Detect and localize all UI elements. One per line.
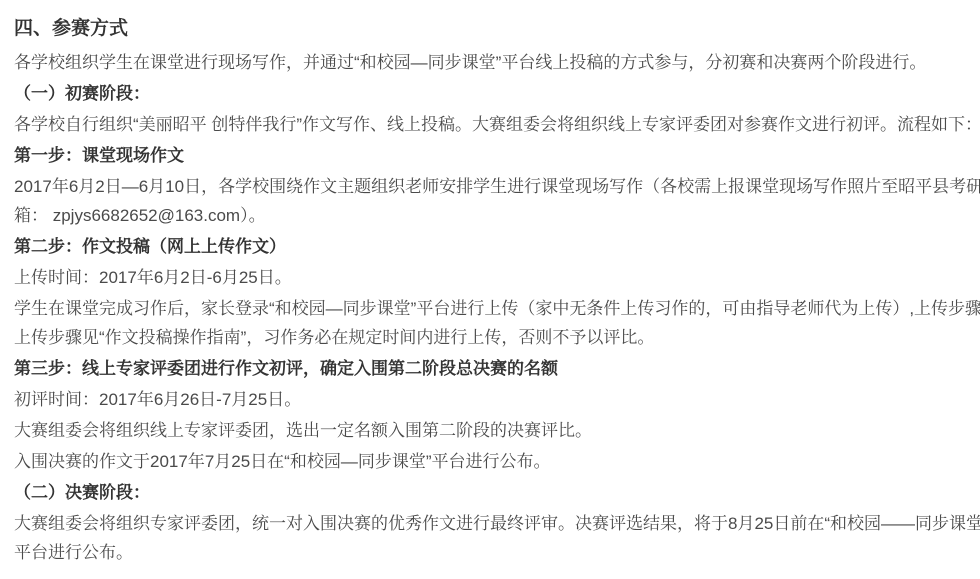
paragraph-line: 初评时间：2017年6月26日-7月25日。: [14, 385, 970, 414]
heading-line: 第三步：线上专家评委团进行作文初评，确定入围第二阶段总决赛的名额: [14, 354, 970, 383]
paragraph-line: 学生在课堂完成习作后，家长登录“和校园—同步课堂”平台进行上传（家中无条件上传习…: [14, 294, 970, 323]
page-title: 四、参赛方式: [14, 16, 970, 42]
section-heading: （一）初赛阶段：: [14, 79, 970, 108]
paragraph: 2017年6月2日—6月10日，各学校围绕作文主题组织老师安排学生进行课堂现场写…: [14, 172, 970, 230]
paragraph-line: 平台进行公布。: [14, 538, 970, 567]
paragraph: 各学校自行组织“美丽昭平 创特伴我行”作文写作、线上投稿。大赛组委会将组织线上专…: [14, 110, 970, 139]
paragraph: 初评时间：2017年6月26日-7月25日。: [14, 385, 970, 414]
paragraph: 各学校组织学生在课堂进行现场写作，并通过“和校园—同步课堂”平台线上投稿的方式参…: [14, 48, 970, 77]
section-heading: （二）决赛阶段：: [14, 478, 970, 507]
paragraph: 学生在课堂完成习作后，家长登录“和校园—同步课堂”平台进行上传（家中无条件上传习…: [14, 294, 970, 352]
section-heading: 第一步：课堂现场作文: [14, 141, 970, 170]
section-heading: 第三步：线上专家评委团进行作文初评，确定入围第二阶段总决赛的名额: [14, 354, 970, 383]
paragraph-line: 大赛组委会将组织专家评委团，统一对入围决赛的优秀作文进行最终评审。决赛评选结果，…: [14, 509, 970, 538]
heading-line: 第一步：课堂现场作文: [14, 141, 970, 170]
heading-line: （二）决赛阶段：: [14, 478, 970, 507]
heading-line: （一）初赛阶段：: [14, 79, 970, 108]
paragraph-line: 2017年6月2日—6月10日，各学校围绕作文主题组织老师安排学生进行课堂现场写…: [14, 172, 970, 201]
paragraph-line: 各学校自行组织“美丽昭平 创特伴我行”作文写作、线上投稿。大赛组委会将组织线上专…: [14, 110, 970, 139]
content-blocks: 各学校组织学生在课堂进行现场写作，并通过“和校园—同步课堂”平台线上投稿的方式参…: [14, 48, 970, 567]
paragraph-line: 各学校组织学生在课堂进行现场写作，并通过“和校园—同步课堂”平台线上投稿的方式参…: [14, 48, 970, 77]
paragraph: 上传时间：2017年6月2日-6月25日。: [14, 263, 970, 292]
paragraph-line: 箱： zpjys6682652@163.com）。: [14, 201, 970, 230]
section-heading: 第二步：作文投稿（网上上传作文）: [14, 232, 970, 261]
paragraph-line: 入围决赛的作文于2017年7月25日在“和校园—同步课堂”平台进行公布。: [14, 447, 970, 476]
paragraph-line: 上传时间：2017年6月2日-6月25日。: [14, 263, 970, 292]
paragraph: 大赛组委会将组织专家评委团，统一对入围决赛的优秀作文进行最终评审。决赛评选结果，…: [14, 509, 970, 567]
paragraph-line: 大赛组委会将组织线上专家评委团，选出一定名额入围第二阶段的决赛评比。: [14, 416, 970, 445]
heading-line: 第二步：作文投稿（网上上传作文）: [14, 232, 970, 261]
document-body: 四、参赛方式 各学校组织学生在课堂进行现场写作，并通过“和校园—同步课堂”平台线…: [0, 0, 980, 567]
paragraph: 入围决赛的作文于2017年7月25日在“和校园—同步课堂”平台进行公布。: [14, 447, 970, 476]
paragraph: 大赛组委会将组织线上专家评委团，选出一定名额入围第二阶段的决赛评比。: [14, 416, 970, 445]
paragraph-line: 上传步骤见“作文投稿操作指南”，习作务必在规定时间内进行上传，否则不予以评比。: [14, 323, 970, 352]
